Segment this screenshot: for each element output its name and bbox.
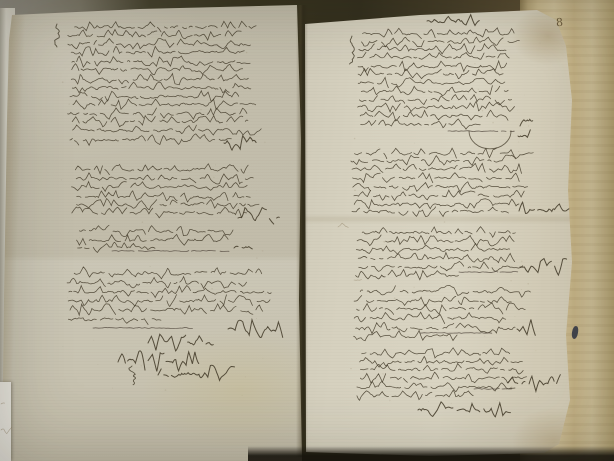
manuscript-photo: 8 [0,0,614,461]
bottom-edge-shadow [248,446,614,461]
folio-number: 8 [556,16,564,29]
handwriting-ink-layer [0,0,614,461]
